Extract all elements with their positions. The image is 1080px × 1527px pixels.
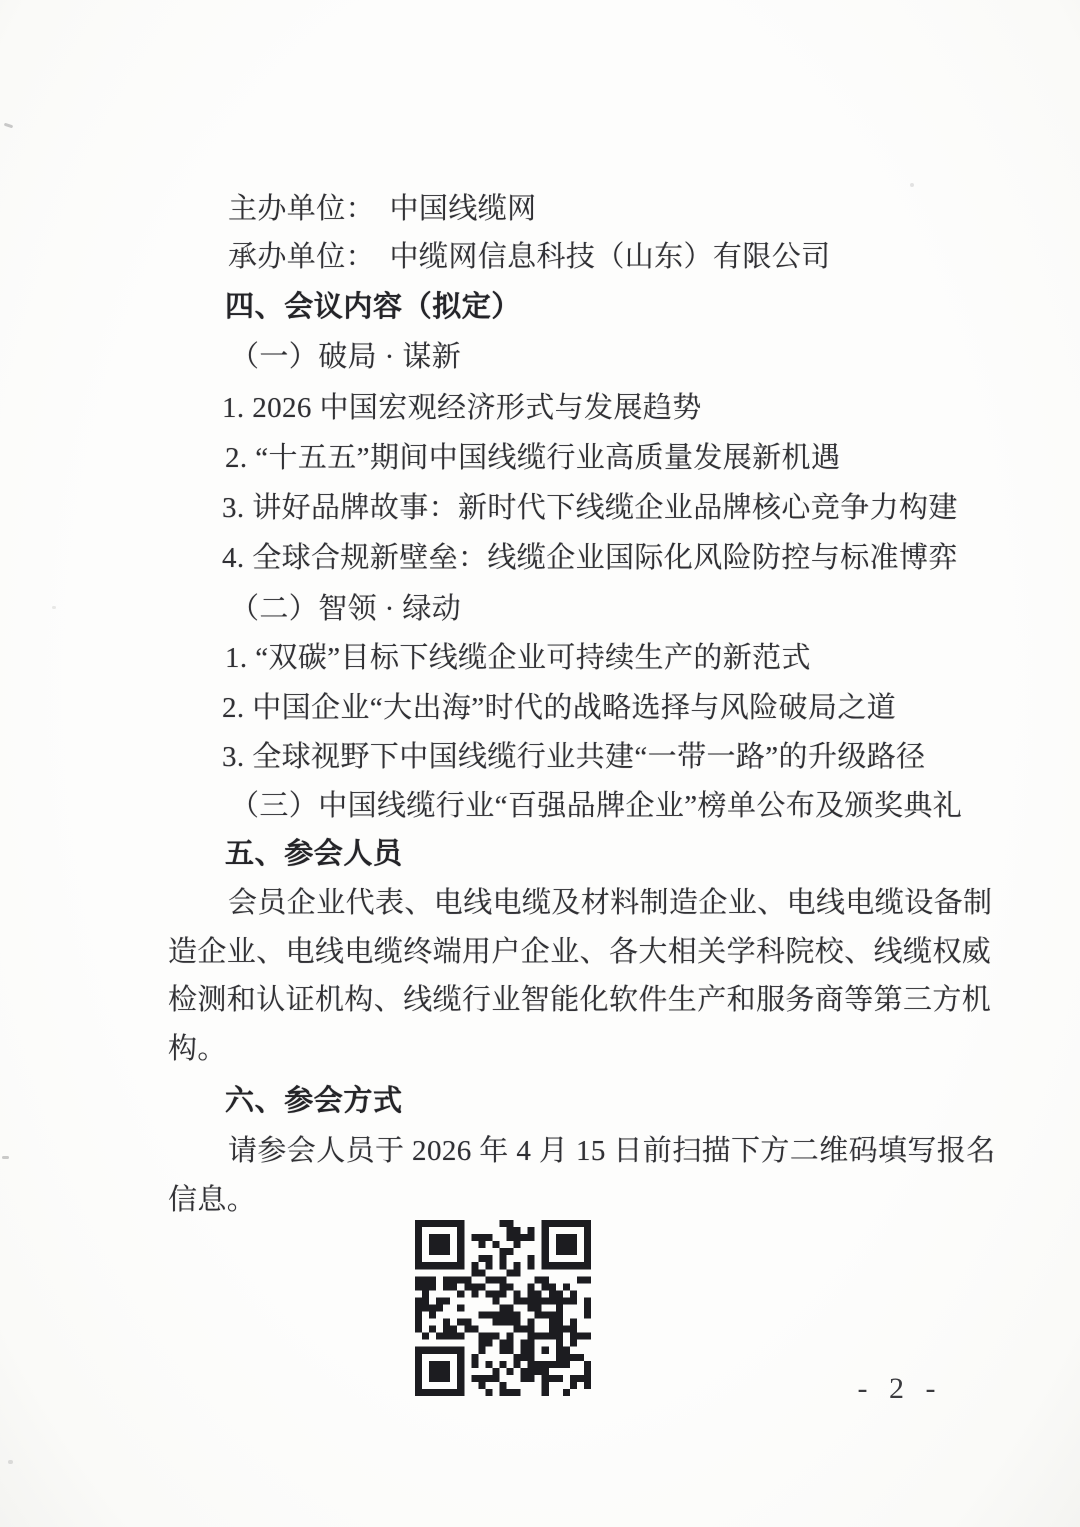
agenda-item: 3. 全球视野下中国线缆行业共建“一带一路”的升级路径 bbox=[222, 737, 926, 777]
scan-artifact bbox=[8, 1460, 13, 1464]
scan-artifact bbox=[910, 183, 914, 187]
scan-artifact bbox=[52, 606, 56, 609]
section-4-part-2-title: （二）智领 · 绿动 bbox=[230, 589, 461, 629]
document-page: 主办单位：中国线缆网 承办单位：中缆网信息科技（山东）有限公司 四、会议内容（拟… bbox=[0, 0, 1080, 1527]
organizer-label: 主办单位： bbox=[228, 193, 375, 225]
co-organizer-line: 承办单位：中缆网信息科技（山东）有限公司 bbox=[228, 237, 831, 277]
qr-code-icon bbox=[415, 1216, 591, 1400]
section-5-heading: 五、参会人员 bbox=[225, 834, 403, 874]
section-6-paragraph-line: 请参会人员于 2026 年 4 月 15 日前扫描下方二维码填写报名 bbox=[228, 1131, 996, 1171]
section-4-heading: 四、会议内容（拟定） bbox=[225, 287, 521, 327]
section-5-paragraph-line: 会员企业代表、电线电缆及材料制造企业、电线电缆设备制 bbox=[228, 883, 992, 923]
co-organizer-value: 中缆网信息科技（山东）有限公司 bbox=[390, 241, 831, 273]
section-6-paragraph-line: 信息。 bbox=[168, 1180, 256, 1220]
scan-artifact bbox=[2, 1156, 9, 1159]
agenda-item: 2. 中国企业“大出海”时代的战略选择与风险破局之道 bbox=[222, 688, 896, 728]
section-6-heading: 六、参会方式 bbox=[225, 1081, 403, 1121]
agenda-item: 2. “十五五”期间中国线缆行业高质量发展新机遇 bbox=[225, 438, 840, 478]
section-4-part-3-title: （三）中国线缆行业“百强品牌企业”榜单公布及颁奖典礼 bbox=[230, 786, 962, 826]
page-number: - 2 - bbox=[852, 1372, 948, 1406]
section-5-paragraph-line: 造企业、电线电缆终端用户企业、各大相关学科院校、线缆权威 bbox=[168, 932, 991, 972]
agenda-item: 1. 2026 中国宏观经济形式与发展趋势 bbox=[222, 388, 702, 428]
co-organizer-label: 承办单位： bbox=[228, 241, 375, 273]
section-4-part-1-title: （一）破局 · 谋新 bbox=[230, 337, 461, 377]
section-5-paragraph-line: 检测和认证机构、线缆行业智能化软件生产和服务商等第三方机 bbox=[168, 980, 991, 1020]
agenda-item: 1. “双碳”目标下线缆企业可持续生产的新范式 bbox=[225, 638, 811, 678]
organizer-line: 主办单位：中国线缆网 bbox=[228, 189, 537, 229]
agenda-item: 4. 全球合规新壁垒：线缆企业国际化风险防控与标准博弈 bbox=[222, 538, 958, 578]
scan-artifact bbox=[4, 123, 13, 129]
section-5-paragraph-line: 构。 bbox=[168, 1029, 227, 1069]
organizer-value: 中国线缆网 bbox=[390, 193, 537, 225]
agenda-item: 3. 讲好品牌故事：新时代下线缆企业品牌核心竞争力构建 bbox=[222, 488, 958, 528]
